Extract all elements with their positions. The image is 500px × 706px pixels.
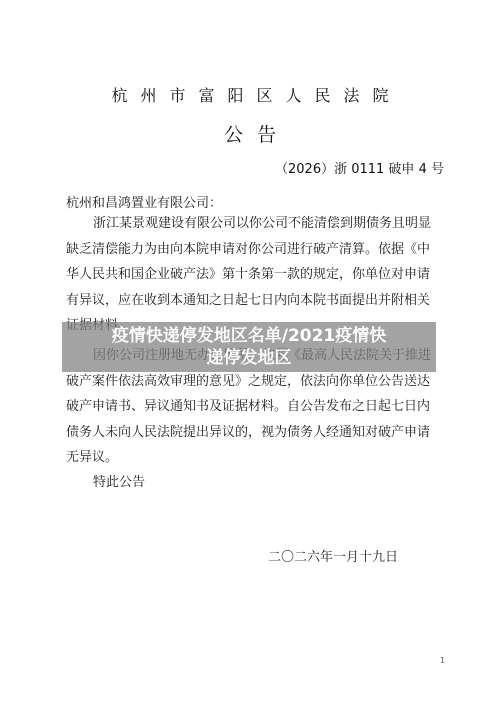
title-overlay-text: 疫情快递停发地区名单/2021疫情快 递停发地区: [62, 322, 436, 369]
paragraph-line: 无异议。: [66, 445, 446, 471]
paragraph-line: 浙江某景观建设有限公司以你公司不能清偿到期债务且明显: [66, 211, 446, 237]
paragraph-1: 浙江某景观建设有限公司以你公司不能清偿到期债务且明显 缺乏清偿能力为由向本院申请…: [66, 211, 446, 313]
case-number: （2026）浙 0111 破申 4 号: [275, 158, 444, 177]
overlay-line-1: 疫情快递停发地区名单/2021疫情快: [62, 325, 436, 347]
notice-title: 公告: [0, 120, 500, 147]
addressee: 杭州和昌鸿置业有限公司：: [66, 192, 222, 211]
overlay-line-2: 递停发地区: [62, 347, 436, 369]
closing-text: 特此公告: [93, 471, 145, 490]
issue-date: 二〇二六年一月十九日: [268, 546, 398, 565]
paragraph-line: 有异议，应在收到本通知之日起七日内向本院书面提出并附相关: [66, 288, 446, 314]
court-name: 杭州市富阳区人民法院: [0, 83, 500, 106]
paragraph-line: 华人民共和国企业破产法》第十条第一款的规定，你单位对申请: [66, 262, 446, 288]
paragraph-line: 缺乏清偿能力为由向本院申请对你公司进行破产清算。依据《中: [66, 237, 446, 263]
page-number: 1: [440, 656, 445, 665]
paragraph-line: 破产案件依法高效审理的意见》之规定，依法向你单位公告送达: [66, 369, 446, 395]
paragraph-line: 破产申请书、异议通知书及证据材料。自公告发布之日起七日内: [66, 394, 446, 420]
paragraph-line: 债务人未向人民法院提出异议的，视为债务人经通知对破产申请: [66, 420, 446, 446]
